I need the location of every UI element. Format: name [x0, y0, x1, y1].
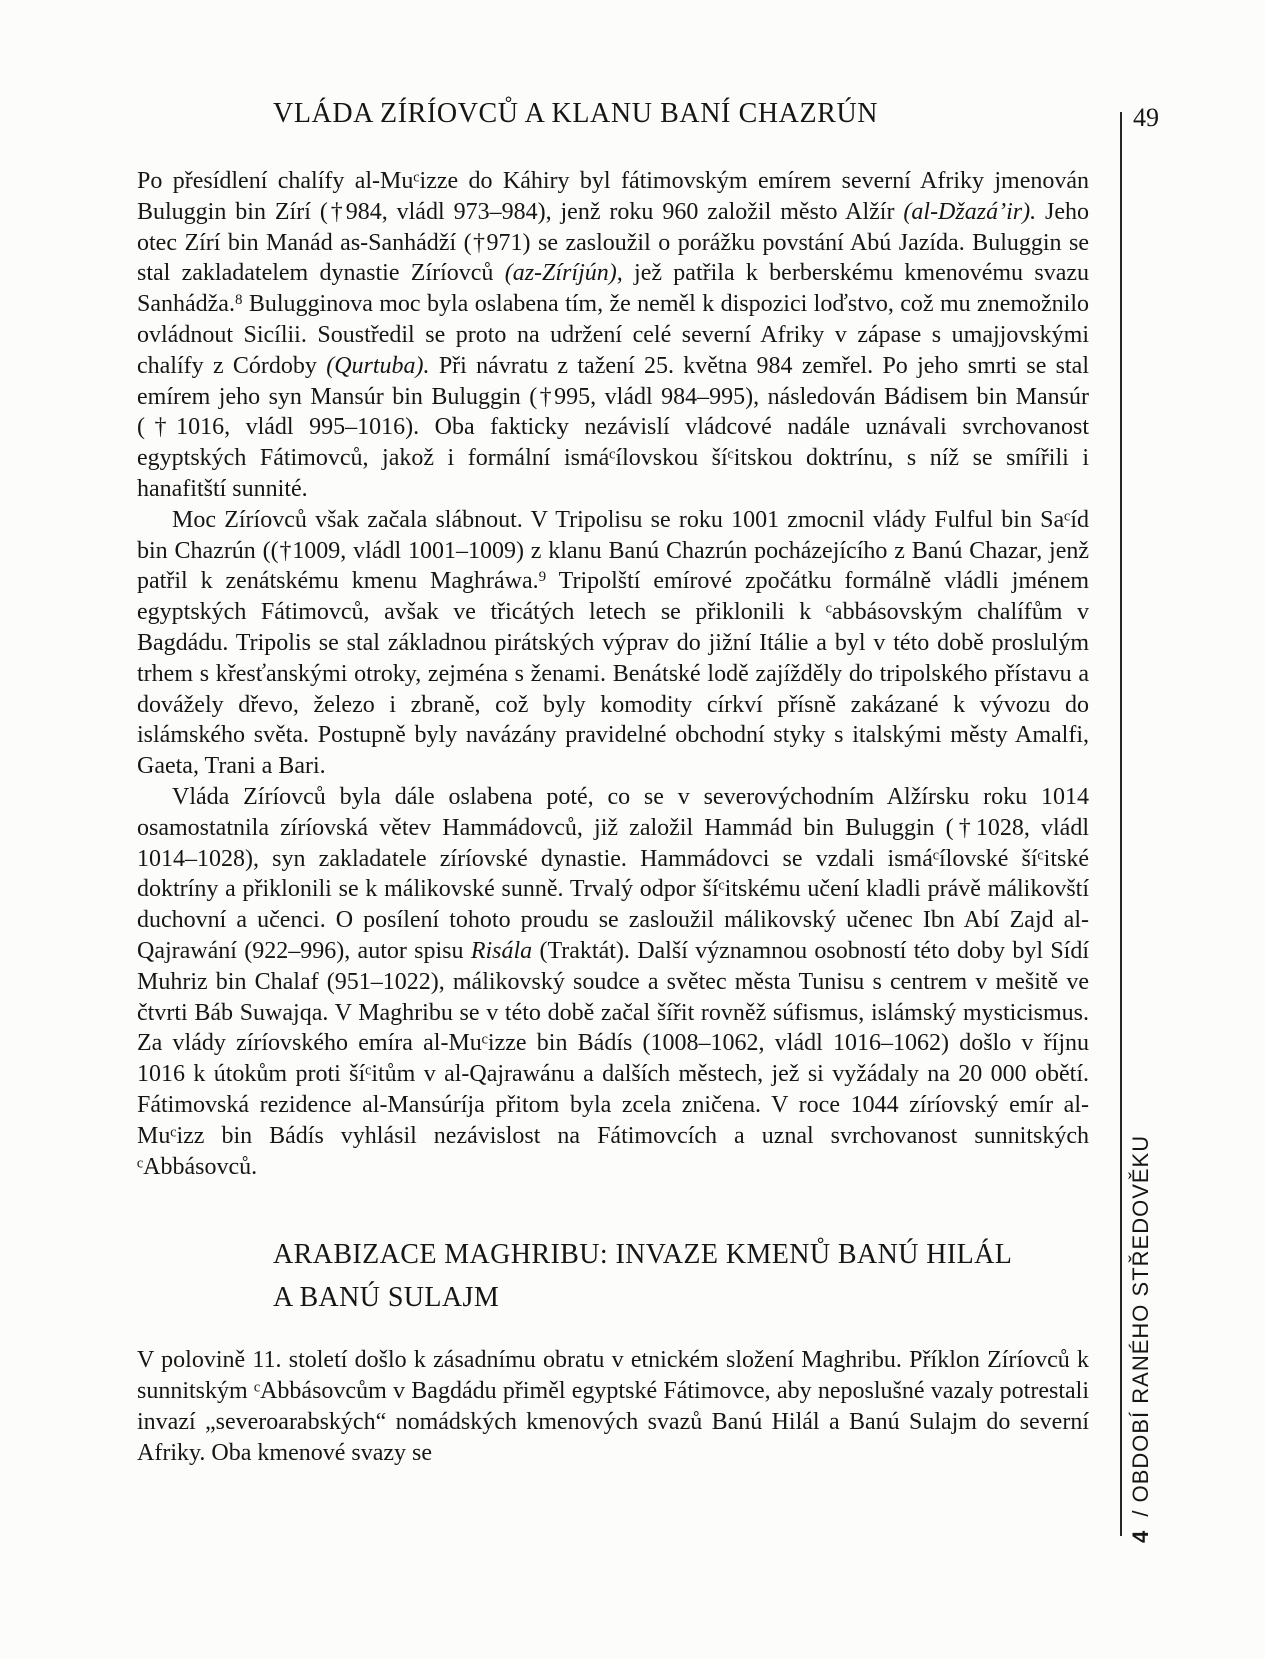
margin-rule [1120, 112, 1122, 1536]
article-body: Po přesídlení chalífy al-Muᶜizze do Káhi… [137, 166, 1089, 1468]
chapter-number: 4 [1128, 1530, 1153, 1543]
paragraph: Moc Zíríovců však začala slábnout. V Tri… [137, 505, 1089, 782]
chapter-side-label: 4 / OBDOBÍ RANÉHO STŘEDOVĚKU [1128, 1135, 1154, 1543]
page-number: 49 [1133, 100, 1159, 136]
running-header: VLÁDA ZÍRÍOVCŮ A KLANU BANÍ CHAZRÚN [273, 94, 878, 134]
chapter-title-vertical: / OBDOBÍ RANÉHO STŘEDOVĚKU [1128, 1135, 1153, 1517]
section-heading: ARABIZACE MAGHRIBU: INVAZE KMENŮ BANÚ HI… [273, 1233, 1089, 1319]
paragraph: Vláda Zíríovců byla dále oslabena poté, … [137, 782, 1089, 1182]
book-page: VLÁDA ZÍRÍOVCŮ A KLANU BANÍ CHAZRÚN 49 4… [0, 0, 1265, 1659]
paragraph: V polovině 11. století došlo k zásadnímu… [137, 1345, 1089, 1468]
paragraph: Po přesídlení chalífy al-Muᶜizze do Káhi… [137, 166, 1089, 505]
